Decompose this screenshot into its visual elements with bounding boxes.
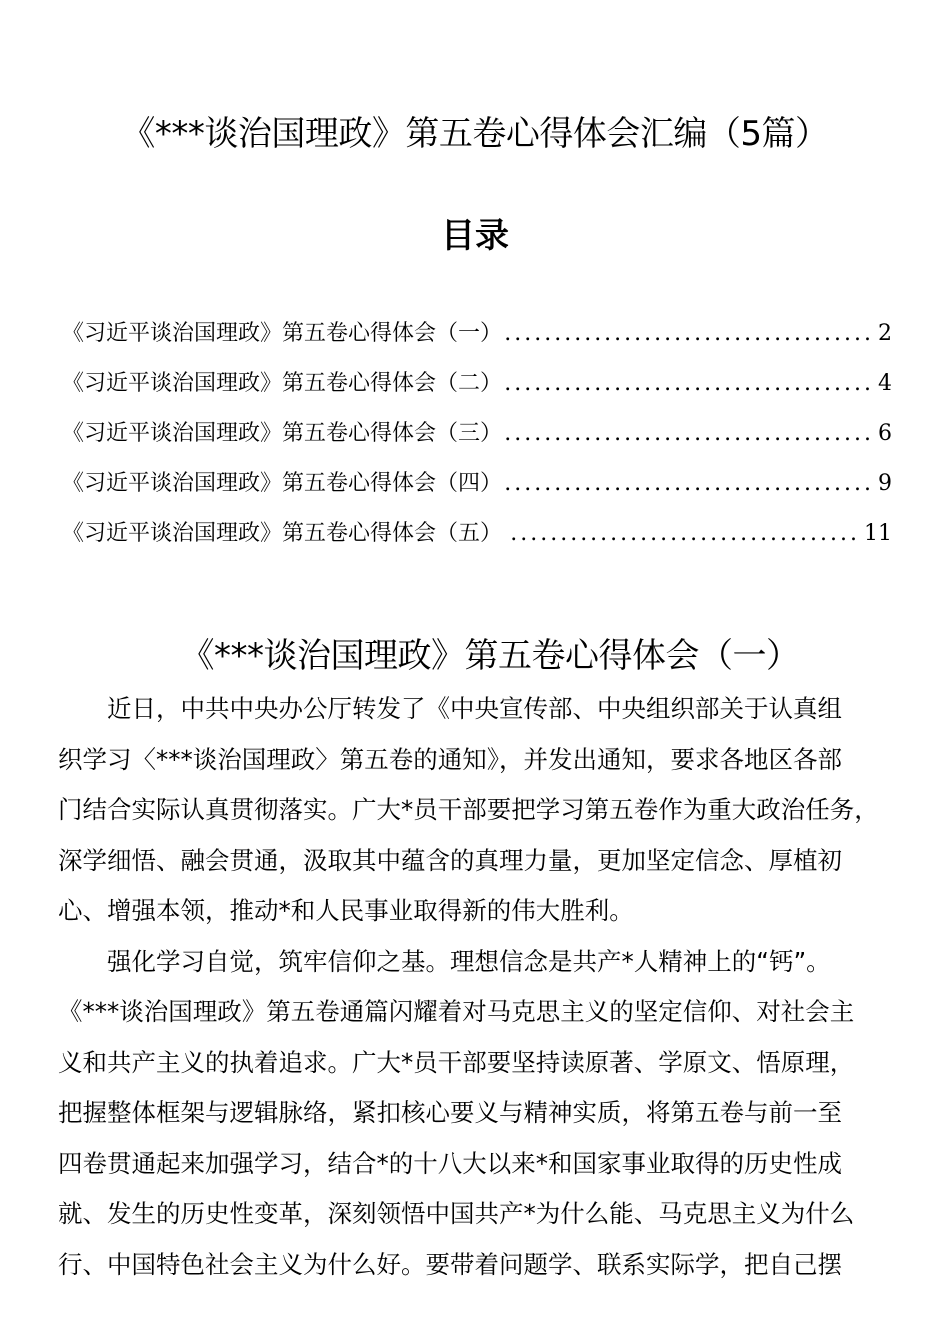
toc-entry[interactable]: 《习近平谈治国理政》第五卷心得体会（三） ...................…	[62, 416, 892, 466]
table-of-contents: 《习近平谈治国理政》第五卷心得体会（一） ...................…	[62, 316, 892, 566]
text-line: 心、增强本领，推动*和人民事业取得新的伟大胜利。	[58, 886, 918, 937]
document-title: 《***谈治国理政》第五卷心得体会汇编（5篇）	[0, 110, 950, 158]
text-line: 近日，中共中央办公厅转发了《中央宣传部、中央组织部关于认真组	[58, 684, 918, 735]
toc-leader-dots: ........................................…	[506, 416, 874, 452]
toc-entry-label[interactable]: 《习近平谈治国理政》第五卷心得体会（一）	[62, 316, 502, 352]
toc-leader-dots: ........................................…	[506, 366, 874, 402]
toc-entry-page[interactable]: 9	[878, 466, 892, 502]
text-line: 强化学习自觉，筑牢信仰之基。理想信念是共产*人精神上的“钙”。	[58, 937, 918, 988]
toc-entry-label[interactable]: 《习近平谈治国理政》第五卷心得体会（二）	[62, 366, 502, 402]
paragraph: 强化学习自觉，筑牢信仰之基。理想信念是共产*人精神上的“钙”。 《***谈治国理…	[58, 937, 918, 1291]
section-title: 《***谈治国理政》第五卷心得体会（一）	[0, 632, 950, 680]
text-line: 织学习〈***谈治国理政〉第五卷的通知》，并发出通知，要求各地区各部	[58, 735, 918, 786]
toc-entry-label[interactable]: 《习近平谈治国理政》第五卷心得体会（五）	[62, 516, 502, 552]
toc-leader-dots: ........................................…	[506, 316, 874, 352]
toc-heading: 目录	[0, 212, 950, 260]
text-line: 行、中国特色社会主义为什么好。要带着问题学、联系实际学，把自己摆	[58, 1240, 918, 1291]
toc-entry-page[interactable]: 11	[864, 516, 892, 552]
text-line: 门结合实际认真贯彻落实。广大*员干部要把学习第五卷作为重大政治任务，	[58, 785, 918, 836]
toc-entry-page[interactable]: 2	[878, 316, 892, 352]
section-body: 近日，中共中央办公厅转发了《中央宣传部、中央组织部关于认真组 织学习〈***谈治…	[58, 684, 918, 1290]
toc-entry-page[interactable]: 6	[878, 416, 892, 452]
toc-entry[interactable]: 《习近平谈治国理政》第五卷心得体会（五） ...................…	[62, 516, 892, 566]
toc-entry-label[interactable]: 《习近平谈治国理政》第五卷心得体会（四）	[62, 466, 502, 502]
toc-leader-dots: ........................................…	[506, 466, 874, 502]
toc-entry[interactable]: 《习近平谈治国理政》第五卷心得体会（二） ...................…	[62, 366, 892, 416]
toc-entry[interactable]: 《习近平谈治国理政》第五卷心得体会（四） ...................…	[62, 466, 892, 516]
text-line: 《***谈治国理政》第五卷通篇闪耀着对马克思主义的坚定信仰、对社会主	[58, 987, 918, 1038]
text-line: 就、发生的历史性变革，深刻领悟中国共产*为什么能、马克思主义为什么	[58, 1189, 918, 1240]
text-line: 深学细悟、融会贯通，汲取其中蕴含的真理力量，更加坚定信念、厚植初	[58, 836, 918, 887]
toc-entry[interactable]: 《习近平谈治国理政》第五卷心得体会（一） ...................…	[62, 316, 892, 366]
toc-entry-label[interactable]: 《习近平谈治国理政》第五卷心得体会（三）	[62, 416, 502, 452]
toc-leader-dots: ........................................…	[506, 516, 860, 552]
toc-entry-page[interactable]: 4	[878, 366, 892, 402]
text-line: 把握整体框架与逻辑脉络，紧扣核心要义与精神实质，将第五卷与前一至	[58, 1088, 918, 1139]
text-line: 四卷贯通起来加强学习，结合*的十八大以来*和国家事业取得的历史性成	[58, 1139, 918, 1190]
text-line: 义和共产主义的执着追求。广大*员干部要坚持读原著、学原文、悟原理，	[58, 1038, 918, 1089]
paragraph: 近日，中共中央办公厅转发了《中央宣传部、中央组织部关于认真组 织学习〈***谈治…	[58, 684, 918, 937]
